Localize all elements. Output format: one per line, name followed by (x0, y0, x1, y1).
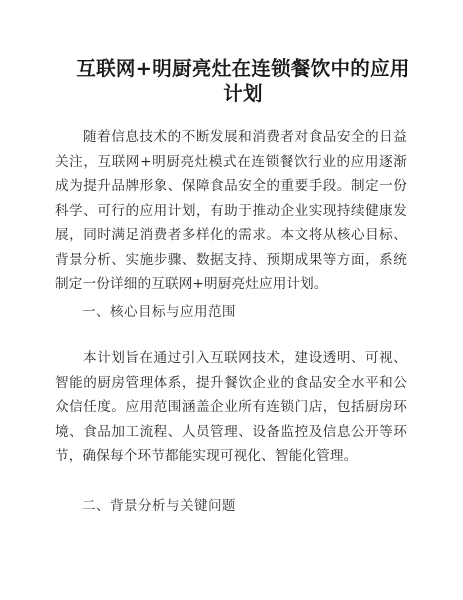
section-heading-core-goals: 一、核心目标与应用范围 (82, 300, 236, 324)
document-page: 互联网+明厨亮灶在连锁餐饮中的应用计划 随着信息技术的不断发展和消费者对食品安全… (0, 0, 463, 600)
intro-paragraph: 随着信息技术的不断发展和消费者对食品安全的日益关注，互联网+明厨亮灶模式在连锁餐… (55, 125, 407, 297)
section-heading-background: 二、背景分析与关键问题 (82, 494, 236, 518)
document-title: 互联网+明厨亮灶在连锁餐饮中的应用计划 (70, 56, 416, 106)
section-paragraph-core-goals: 本计划旨在通过引入互联网技术，建设透明、可视、智能的厨房管理体系，提升餐饮企业的… (55, 346, 407, 469)
